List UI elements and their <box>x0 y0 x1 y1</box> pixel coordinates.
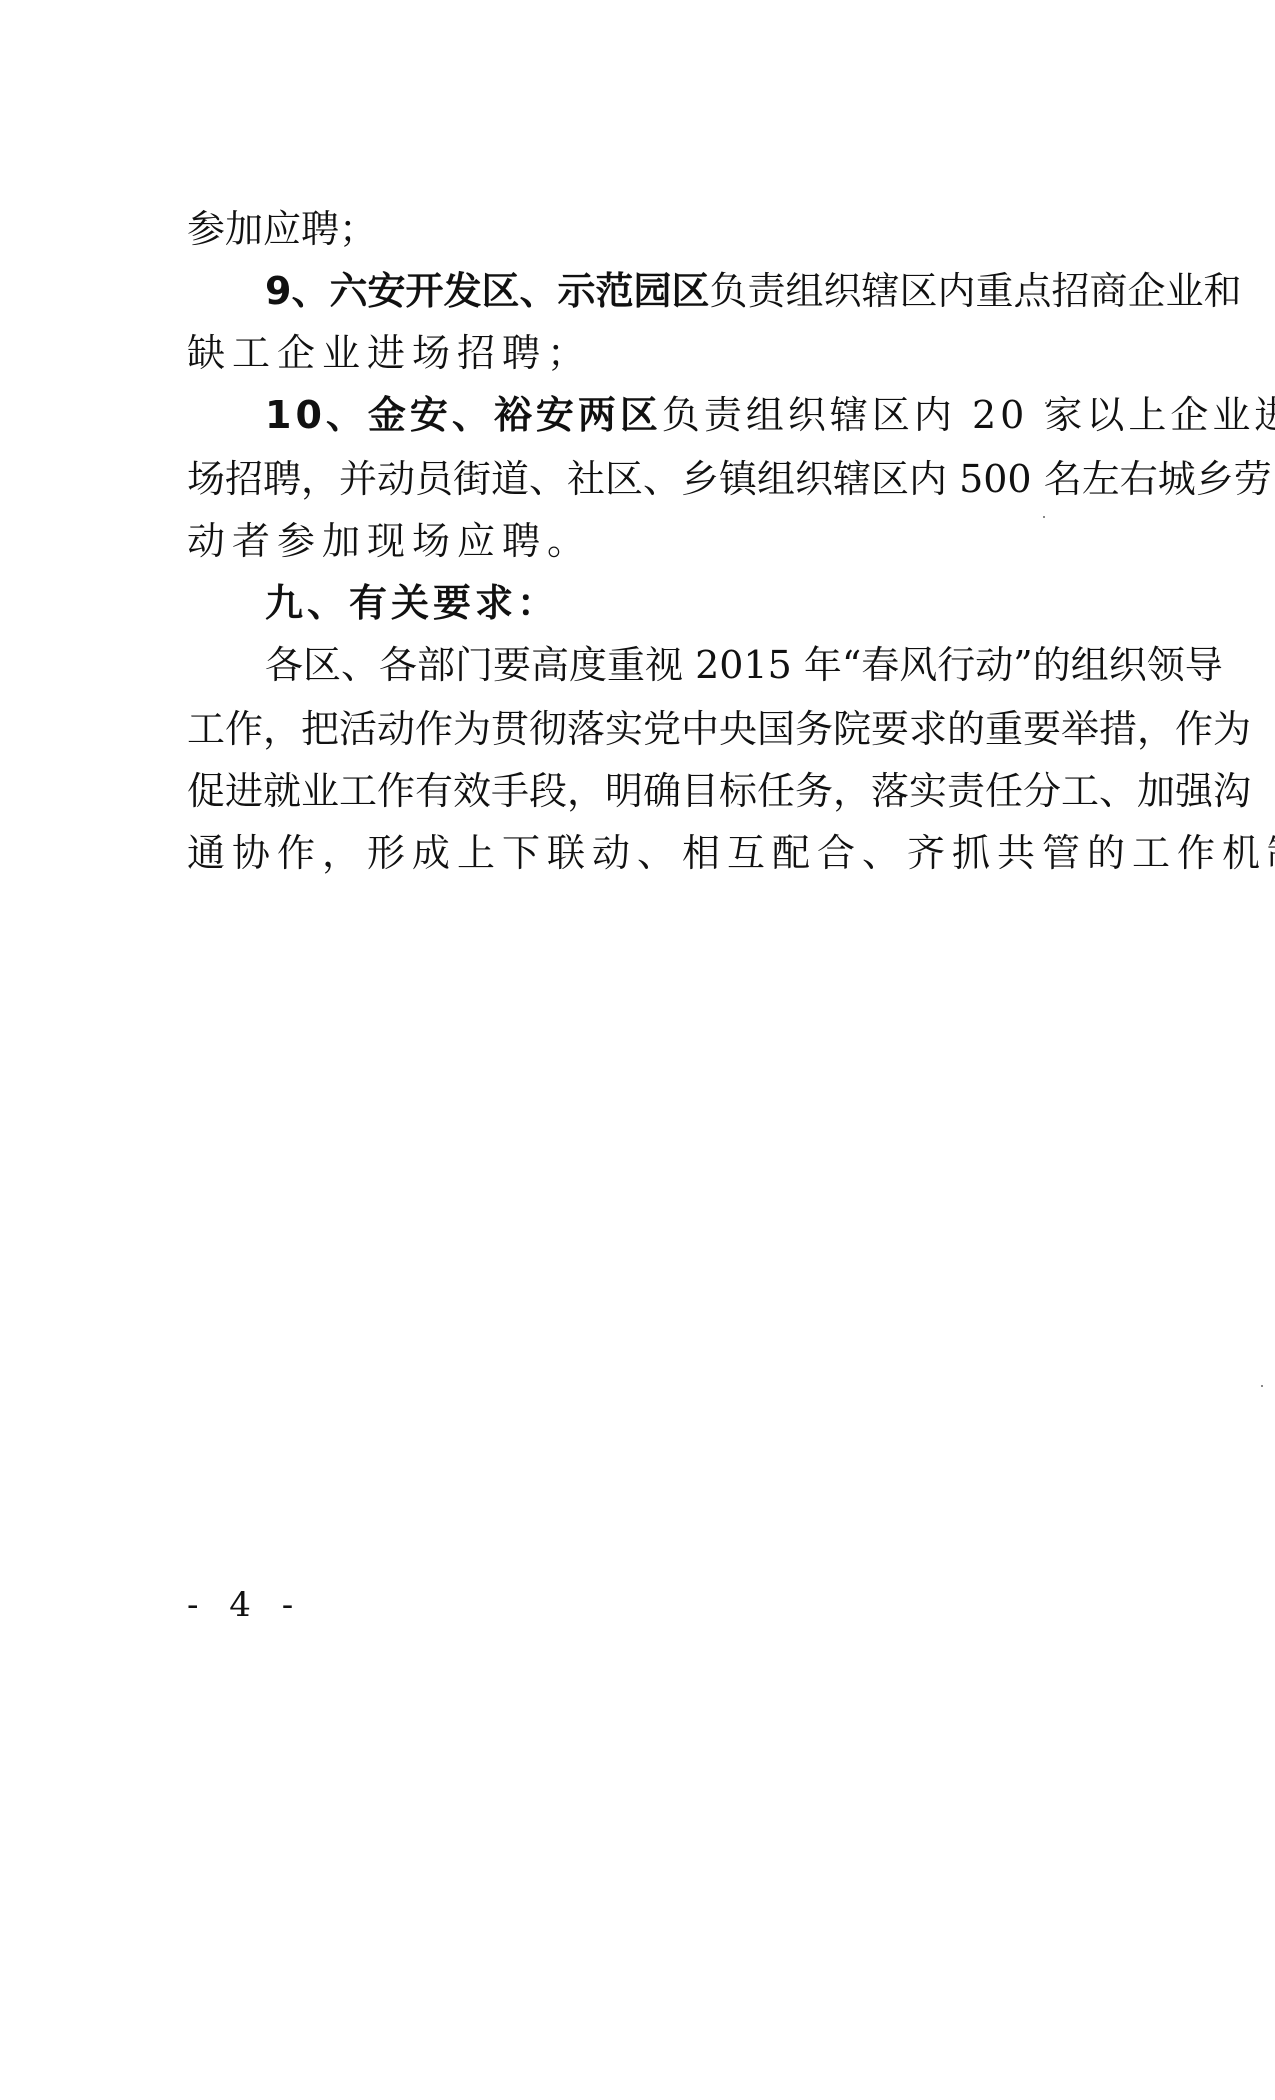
page-number: - 4 - <box>187 1585 303 1625</box>
section-heading: 九、有关要求： <box>265 580 1107 626</box>
item-10-continuation-1: 场招聘，并动员街道、社区、乡镇组织辖区内 500 名左右城乡劳 <box>187 456 1107 502</box>
paragraph-line-2: 工作，把活动作为贯彻落实党中央国务院要求的重要举措，作为 <box>187 706 1107 752</box>
item-9-continuation: 缺工企业进场招聘； <box>187 330 1107 376</box>
item-10-continuation-2: 动者参加现场应聘。 <box>187 518 1107 564</box>
scan-speck <box>1045 402 1047 404</box>
paragraph-line-4: 通协作，形成上下联动、相互配合、齐抓共管的工作机制。 <box>187 830 1107 876</box>
paragraph-line-3: 促进就业工作有效手段，明确目标任务，落实责任分工、加强沟 <box>187 768 1107 814</box>
item-10-text: 负责组织辖区内 20 家以上企业进 <box>662 393 1275 437</box>
continuation-line: 参加应聘； <box>187 206 1107 252</box>
item-10: 10、金安、裕安两区负责组织辖区内 20 家以上企业进 <box>265 392 1045 438</box>
item-9-text: 负责组织辖区内重点招商企业和 <box>709 269 1241 313</box>
scan-speck <box>1043 516 1045 518</box>
paragraph-line-1: 各区、各部门要高度重视 2015 年“春风行动”的组织领导 <box>265 642 1107 688</box>
item-10-label: 10、金安、裕安两区 <box>265 393 662 437</box>
item-9-label: 9、六安开发区、示范园区 <box>265 269 709 313</box>
item-9: 9、六安开发区、示范园区负责组织辖区内重点招商企业和 <box>265 268 1107 314</box>
scan-speck <box>1261 1385 1263 1387</box>
